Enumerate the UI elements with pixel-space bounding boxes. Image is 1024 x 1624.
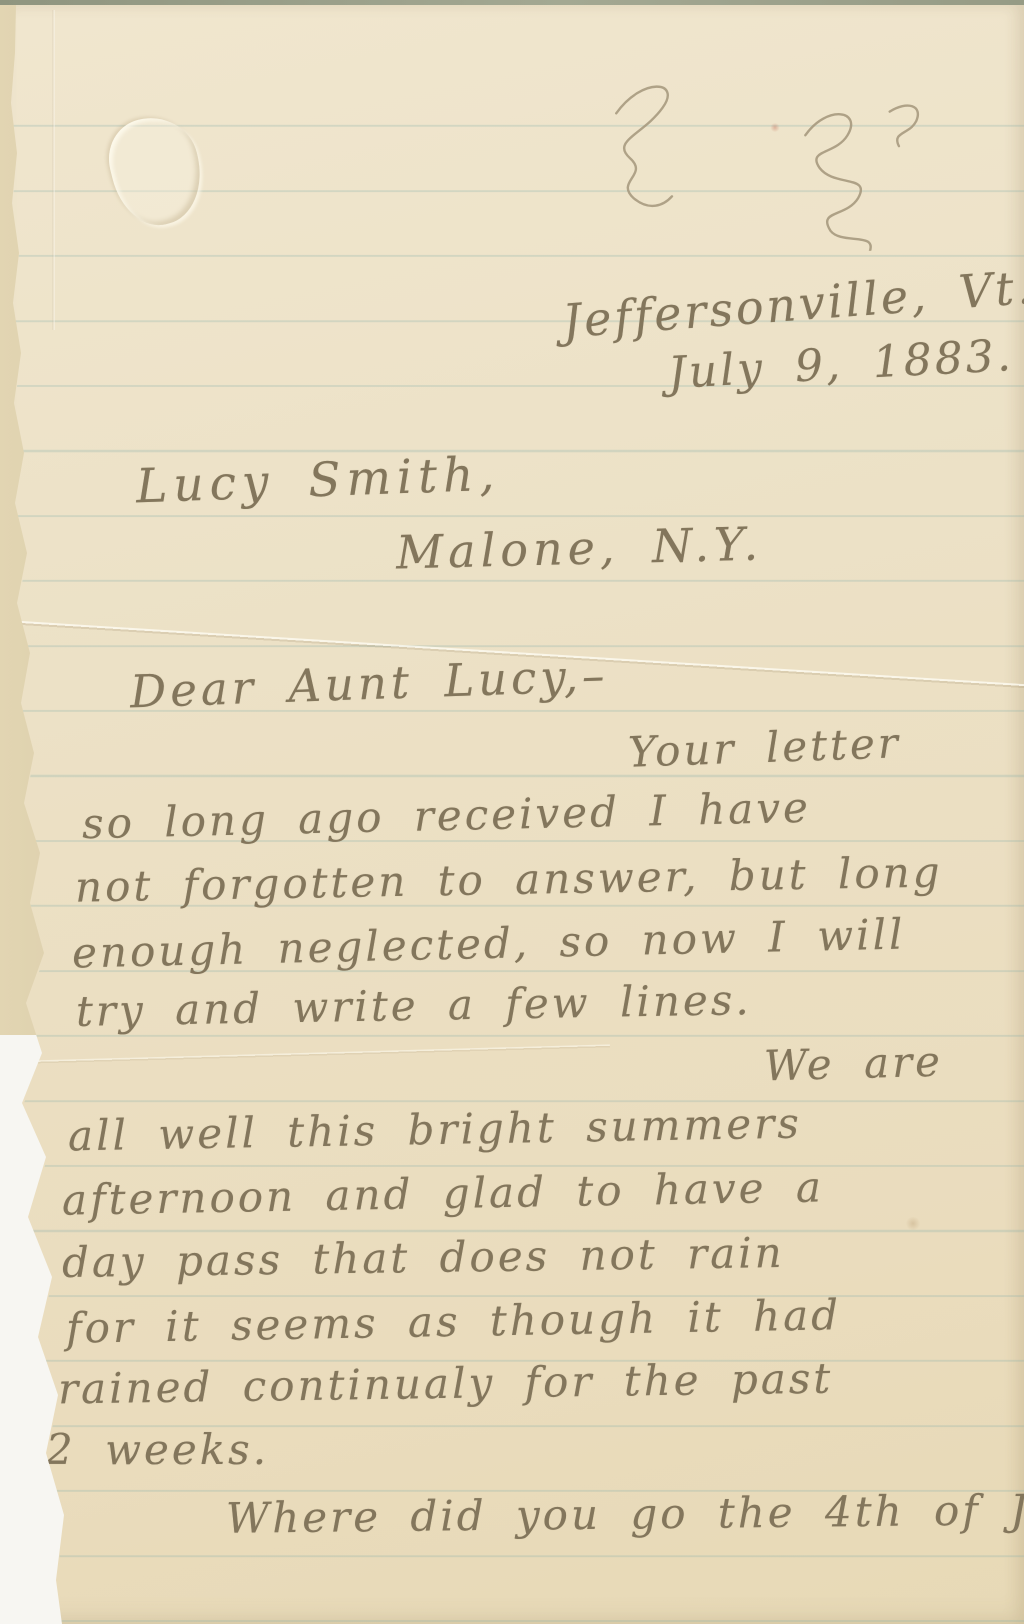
recipient-address: Malone, N.Y. [395,521,763,576]
body-line: enough neglected, so now I will [72,914,906,975]
body-line: try and write a few lines. [76,979,752,1033]
embossed-crest-icon [100,108,212,234]
dateline-date: July 9, 1883. [667,334,1015,396]
paper-stain [905,1217,921,1230]
body-line: We are [763,1041,943,1088]
body-line: not forgotten to answer, but long [75,851,943,908]
recipient-name: Lucy Smith, [135,451,501,511]
body-line: so long ago received I have [82,787,812,846]
body-line: Your letter [627,722,901,773]
letter-page: Jeffersonville, Vt. July 9, 1883. Lucy S… [0,5,1024,1624]
body-line: afternoon and glad to have a [62,1166,825,1221]
body-line: 2 weeks. [46,1429,269,1471]
paper-crease-lower [0,1044,610,1065]
body-line: Where did you go the 4th of July? [226,1488,1024,1539]
body-line: for it seems as though it had [66,1294,842,1350]
body-line: rained continualy for the past [58,1358,834,1411]
paper-fold [52,10,55,330]
body-line: all well this bright summers [68,1103,802,1158]
salutation: Dear Aunt Lucy,– [129,653,609,715]
body-line: day pass that does not rain [62,1232,785,1284]
pencil-scribble-icon [548,64,976,256]
